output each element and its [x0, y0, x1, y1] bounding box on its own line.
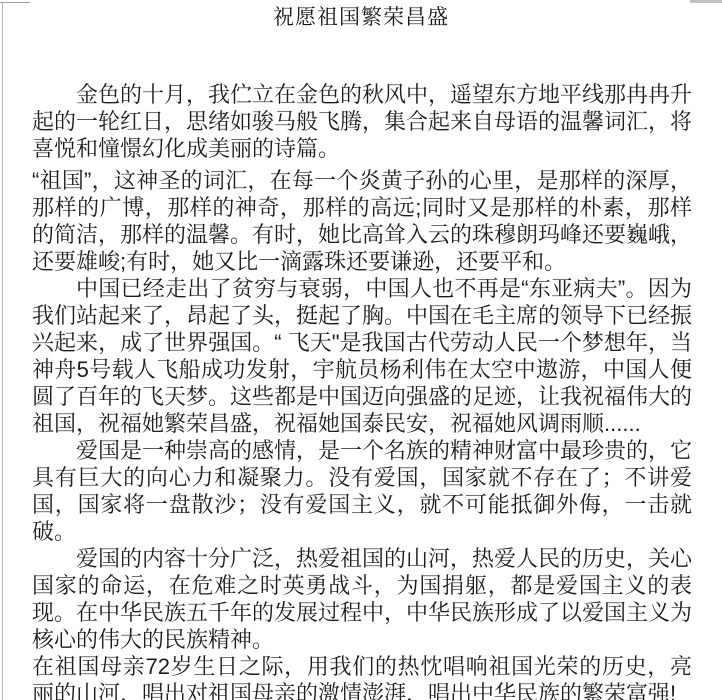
essay-paragraph-3: 中国已经走出了贫穷与衰弱，中国人也不再是“东亚病夫”。因为我们站起来了，昂起了头…: [32, 275, 692, 437]
document-page: 祝愿祖国繁荣昌盛 金色的十月，我伫立在金色的秋风中，遥望东方地平线那冉冉升起的一…: [0, 0, 722, 700]
essay-body: 金色的十月，我伫立在金色的秋风中，遥望东方地平线那冉冉升起的一轮红日，思绪如骏马…: [32, 81, 692, 700]
essay-paragraph-4: 爱国是一种崇高的感情，是一个名族的精神财富中最珍贵的，它具有巨大的向心力和凝聚力…: [32, 437, 692, 545]
page-title: 祝愿祖国繁荣昌盛: [0, 6, 722, 30]
essay-paragraph-1: 金色的十月，我伫立在金色的秋风中，遥望东方地平线那冉冉升起的一轮红日，思绪如骏马…: [32, 81, 692, 162]
left-border-line: [2, 2, 3, 700]
essay-paragraph-6: 在祖国母亲72岁生日之际，用我们的热忱唱响祖国光荣的历史，亮丽的山河，唱出对祖国…: [32, 653, 692, 700]
essay-paragraph-2: “祖国”，这神圣的词汇，在每一个炎黄子孙的心里，是那样的深厚，那样的广博，那样的…: [32, 167, 692, 275]
top-left-border-fragment: [0, 2, 30, 3]
essay-paragraph-5: 爱国的内容十分广泛，热爱祖国的山河，热爱人民的历史，关心国家的命运，在危难之时英…: [32, 545, 692, 653]
top-right-border-fragment: [690, 0, 722, 3]
